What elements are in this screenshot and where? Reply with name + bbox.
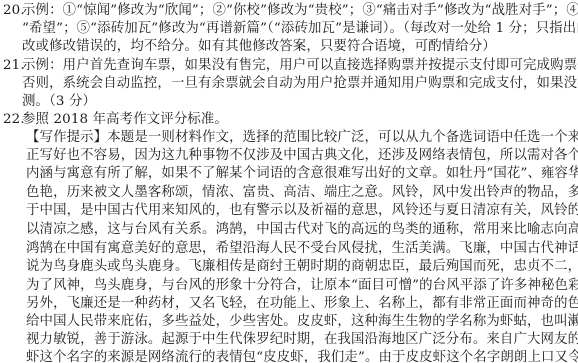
item-20-line-3: 改或修改错误的，均不给分。如有其他修改答案，只要符合语境，可酌情给分） [0,38,578,56]
writing-tip-line: 为了风神，鸟头鹿身，与台风的形象十分符合，让原本“面目可憎”的台风平添了许多神秘… [0,277,578,295]
writing-tip-text: 以清凉之感，这与台风有关系。鸿鹄，中国古代对飞的高远的鸟类的通称，常用来比喻志向… [26,221,578,239]
writing-tip-line: 鸿鹄在中国有寓意美好的意思，希望沿海人民不受台风侵扰，生活美满。飞廉，中国古代神… [0,240,578,258]
item-21-line-2: 否则，系统会自动监控，一旦有余票就会自动为用户抢票并通知用户购票和完成支付，如果… [0,75,578,93]
answer-text: 参照 2018 年高考作文评分标准。 [22,111,228,129]
writing-tip-line: 以清凉之感，这与台风有关系。鸿鹄，中国古代对飞的高远的鸟类的通称，常用来比喻志向… [0,221,578,239]
writing-tip-text: 说为鸟身鹿头或鸟头鹿身。飞廉相传是商纣王朝时期的商朝忠臣，最后殉国而死，忠贞不二… [26,258,578,276]
writing-tip-line: 于中国，是中国古代用来知风的，也有警示以及祈福的意思，风铃还与夏日清凉有关，风铃… [0,202,578,220]
writing-tip-line: 另外，飞廉还是一种药材，又名飞轻，在功能上、形象上、名称上，都有非常正面而神奇的… [0,295,578,313]
writing-tip-line: 说为鸟身鹿头或鸟头鹿身。飞廉相传是商纣王朝时期的商朝忠臣，最后殉国而死，忠贞不二… [0,258,578,276]
writing-tip-text: 【写作提示】本题是一则材料作文，选择的范围比较广泛，可以从九个备选词语中任选一个… [26,129,578,147]
item-20-line-2: “希望”；⑤“添砖加瓦”修改为“再谱新篇”（“添砖加瓦”是谦词）。（每改对一处给… [0,20,578,38]
writing-tip-line: 正写好也不容易，因为这九种事物不仅涉及中国古典文化，还涉及网络表情包，所以需对各… [0,147,578,165]
writing-tip-text: 于中国，是中国古代用来知风的，也有警示以及祈福的意思，风铃还与夏日清凉有关，风铃… [26,202,578,220]
answer-text: 测。（3 分） [22,93,96,111]
item-21-line-1: 21. 示例：用户首先查询车票，如果没有售完，用户可以直接选择购票并按提示支付即… [0,57,578,75]
writing-tip-text: 另外，飞廉还是一种药材，又名飞轻，在功能上、形象上、名称上，都有非常正面而神奇的… [26,295,578,313]
item-21-line-3: 测。（3 分） [0,93,578,111]
answer-text: 改或修改错误的，均不给分。如有其他修改答案，只要符合语境，可酌情给分） [22,38,496,56]
writing-tip-text: 视力敏锐，善于游泳。起源于中生代侏罗纪时期，在我国沿海地区广泛分布。来自广大网友… [26,331,578,349]
writing-tip-text: 内涵与寓意有所了解，如果不了解某个词语的含意很难写出好的文章。如牡丹“国花”、雍… [26,165,578,183]
document-page: 20. 示例：①“惊闻”修改为“欣闻”；②“你校”修改为“贵校”；③“痛击对手”… [0,0,578,363]
writing-tip-text: 色艳，历来被文人墨客称颂，情浓、富贵、高洁、端庄之意。风铃，风中发出铃声的物品，… [26,184,578,202]
writing-tip-line: 虾这个名字的来源是网络流行的表情包“皮皮虾，我们走”。由于皮皮虾这个名字朗朗上口… [0,349,578,363]
writing-tip-text: 正写好也不容易，因为这九种事物不仅涉及中国古典文化，还涉及网络表情包，所以需对各… [26,147,578,165]
answer-text: 示例：①“惊闻”修改为“欣闻”；②“你校”修改为“贵校”；③“痛击对手”修改为“… [22,2,578,20]
item-22-line-1: 22. 参照 2018 年高考作文评分标准。 [0,111,578,129]
answer-text: 否则，系统会自动监控，一旦有余票就会自动为用户抢票并通知用户购票和完成支付，如果… [22,75,578,93]
writing-tip-line: 给中国人民带来庇佑，多些益处，少些害处。皮皮虾，这种海生生物的学名称为虾蛄，也叫… [0,313,578,331]
item-20-line-1: 20. 示例：①“惊闻”修改为“欣闻”；②“你校”修改为“贵校”；③“痛击对手”… [0,2,578,20]
writing-tip-text: 给中国人民带来庇佑，多些益处，少些害处。皮皮虾，这种海生生物的学名称为虾蛄，也叫… [26,313,578,331]
answer-text: 示例：用户首先查询车票，如果没有售完，用户可以直接选择购票并按提示支付即可完成购… [22,57,578,75]
writing-tip-line: 内涵与寓意有所了解，如果不了解某个词语的含意很难写出好的文章。如牡丹“国花”、雍… [0,165,578,183]
writing-tip-text: 虾这个名字的来源是网络流行的表情包“皮皮虾，我们走”。由于皮皮虾这个名字朗朗上口… [26,349,578,363]
writing-tip-line: 视力敏锐，善于游泳。起源于中生代侏罗纪时期，在我国沿海地区广泛分布。来自广大网友… [0,331,578,349]
answer-text: “希望”；⑤“添砖加瓦”修改为“再谱新篇”（“添砖加瓦”是谦词）。（每改对一处给… [22,20,578,38]
writing-tip-line: 【写作提示】本题是一则材料作文，选择的范围比较广泛，可以从九个备选词语中任选一个… [0,129,578,147]
writing-tip-text: 鸿鹄在中国有寓意美好的意思，希望沿海人民不受台风侵扰，生活美满。飞廉，中国古代神… [26,240,578,258]
writing-tip-line: 色艳，历来被文人墨客称颂，情浓、富贵、高洁、端庄之意。风铃，风中发出铃声的物品，… [0,184,578,202]
writing-tip-text: 为了风神，鸟头鹿身，与台风的形象十分符合，让原本“面目可憎”的台风平添了许多神秘… [26,277,578,295]
